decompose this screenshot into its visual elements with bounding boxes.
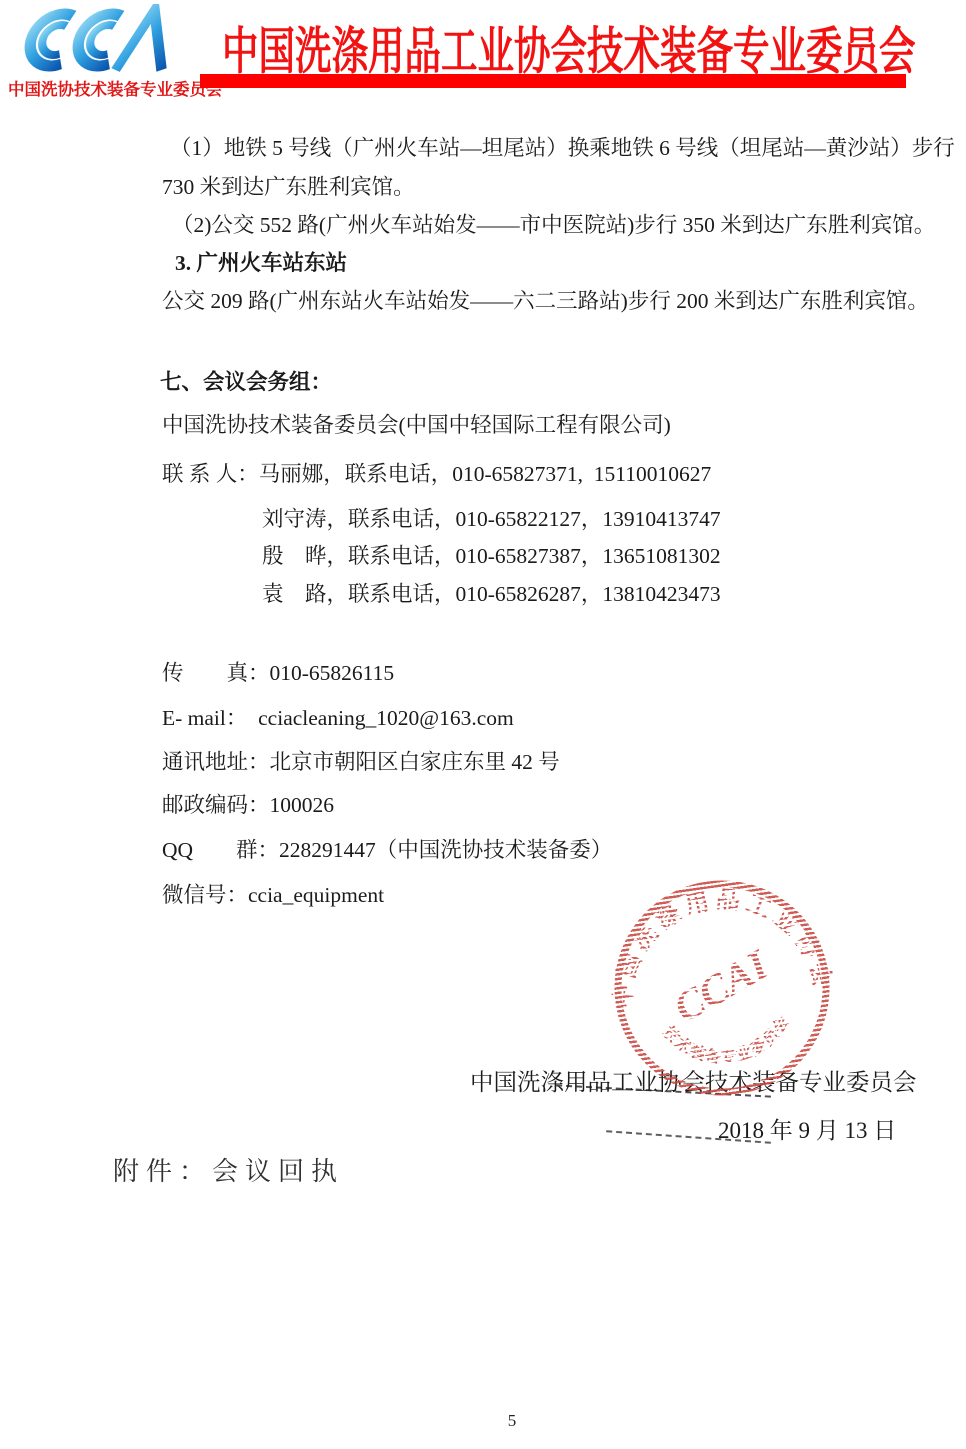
bus-route-552-line: （2)公交 552 路(广州火车站始发——市中医院站)步行 350 米到达广东胜… [172,213,935,237]
contact-person-line-2: 刘守涛，联系电话，010-65822127，13910413747 [262,507,721,531]
east-station-heading: 3. 广州火车站东站 [175,251,347,275]
title-underline-bar [200,74,906,88]
page-title: 中国洗涤用品工业协会技术装备专业委员会 [222,12,914,84]
section-7-heading: 七、会议会务组： [160,370,332,394]
signature-date: 2018 年 9 月 13 日 [718,1112,896,1145]
postcode-line: 邮政编码：100026 [162,793,334,817]
page-number: 5 [500,1411,524,1431]
seal-bottom-text: 技术装备专业委员会 [657,1006,798,1076]
organizer-line: 中国洗协技术装备委员会(中国中轻国际工程有限公司) [162,413,671,437]
address-line: 通讯地址：北京市朝阳区白家庄东里 42 号 [162,750,560,774]
document-page: 中国洗协技术装备专业委员会 中国洗涤用品工业协会技术装备专业委员会 （1）地铁 … [0,0,966,1449]
fax-line: 传 真：010-65826115 [162,661,394,685]
bus-route-209-line: 公交 209 路(广州东站火车站始发——六二三路站)步行 200 米到达广东胜利… [162,289,929,313]
seal-center-logo-text: CCAI [667,941,778,1032]
qq-group-line: QQ 群：228291447（中国洗协技术装备委） [162,838,612,862]
official-seal-icon: 中国洗涤用品工业协会 技术装备专业委员会 CCAI [596,862,849,1115]
contact-person-line-3: 殷 晔，联系电话，010-65827387，13651081302 [262,544,721,568]
official-seal: 中国洗涤用品工业协会 技术装备专业委员会 CCAI [596,862,849,1115]
contact-person-line-1: 联 系 人：马丽娜，联系电话，010-65827371, 15110010627 [162,462,711,486]
attachment-note: 附件：会议回执 [113,1160,344,1184]
metro-route-line-1: （1）地铁 5 号线（广州火车站—坦尾站）换乘地铁 6 号线（坦尾站—黄沙站）步… [170,136,955,160]
email-line: E- mail： cciacleaning_1020@163.com [162,706,514,730]
logo-caption: 中国洗协技术装备专业委员会 [8,76,218,100]
ccai-logo: 中国洗协技术装备专业委员会 [6,4,218,98]
metro-route-line-2: 730 米到达广东胜利宾馆。 [162,175,415,199]
ccai-logo-icon [6,4,216,76]
svg-text:技术装备专业委员会: 技术装备专业委员会 [657,1006,798,1076]
contact-person-line-4: 袁 路，联系电话，010-65826287，13810423473 [262,582,721,606]
wechat-line: 微信号：ccia_equipment [162,883,384,907]
